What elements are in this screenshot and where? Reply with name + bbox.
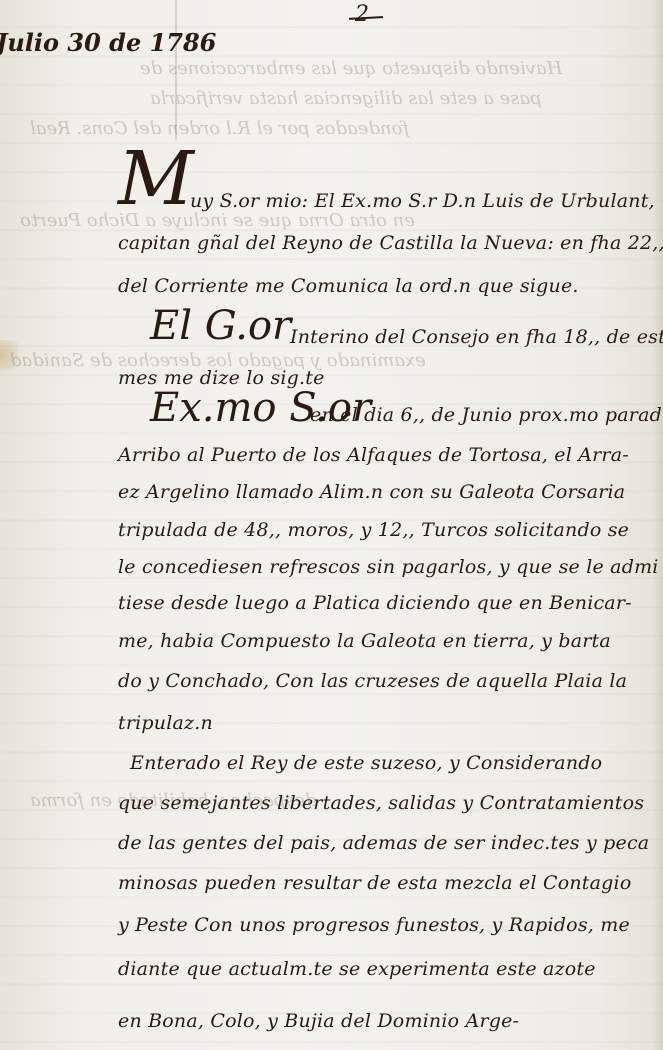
text-line: y Peste Con unos progresos funestos, y R…	[118, 914, 630, 936]
text-line: en el dia 6,, de Junio prox.mo parad.o	[310, 404, 663, 426]
decorative-initial: M	[118, 142, 194, 216]
text-line: Enterado el Rey de este suzeso, y Consid…	[130, 752, 602, 774]
text-line: ez Argelino llamado Alim.n con su Galeot…	[118, 481, 625, 503]
bleed-through-line: fondeados por el R.l orden del Cons. Rea…	[30, 118, 409, 139]
salutation-initial: El G.or	[150, 306, 291, 346]
text-line: minosas pueden resultar de esta mezcla e…	[118, 872, 631, 894]
bleed-through-line: Haviendo dispuesto que las embarcaciones…	[140, 58, 562, 79]
text-line: do y Conchado, Con las cruzeses de aquel…	[118, 670, 627, 692]
text-line: me, habia Compuesto la Galeota en tierra…	[118, 630, 611, 652]
margin-date: Julio 30 de 1786	[0, 28, 216, 57]
text-line: Interino del Consejo en fha 18,, de este	[290, 326, 663, 348]
bleed-through-line: en otra Orna que se incluye a Dicho Puer…	[20, 210, 415, 231]
bleed-through-line: pase a este las diligencias hasta verifi…	[150, 88, 542, 109]
text-line: que semejantes libertades, salidas y Con…	[118, 792, 644, 814]
text-line: diante que actualm.te se experimenta est…	[118, 958, 596, 980]
text-line: en Bona, Colo, y Bujia del Dominio Arge-	[118, 1010, 519, 1032]
text-line: tripulaz.n	[118, 712, 213, 734]
text-line: del Corriente me Comunica la ord.n que s…	[118, 275, 579, 297]
text-line: tripulada de 48,, moros, y 12,, Turcos s…	[118, 519, 629, 541]
text-line: le concediesen refrescos sin pagarlos, y…	[118, 556, 659, 578]
text-line: tiese desde luego a Platica diciendo que…	[118, 592, 632, 614]
opening-line: uy S.or mio: El Ex.mo S.r D.n Luis de Ur…	[190, 190, 655, 212]
text-line: capitan gñal del Reyno de Castilla la Nu…	[118, 232, 663, 254]
page-edge-shadow	[653, 0, 663, 1050]
manuscript-page: Haviendo dispuesto que las embarcaciones…	[0, 0, 663, 1050]
page-number: 2	[355, 2, 369, 27]
text-line: Arribo al Puerto de los Alfaques de Tort…	[118, 444, 629, 466]
text-line: de las gentes del pais, ademas de ser in…	[118, 832, 649, 854]
